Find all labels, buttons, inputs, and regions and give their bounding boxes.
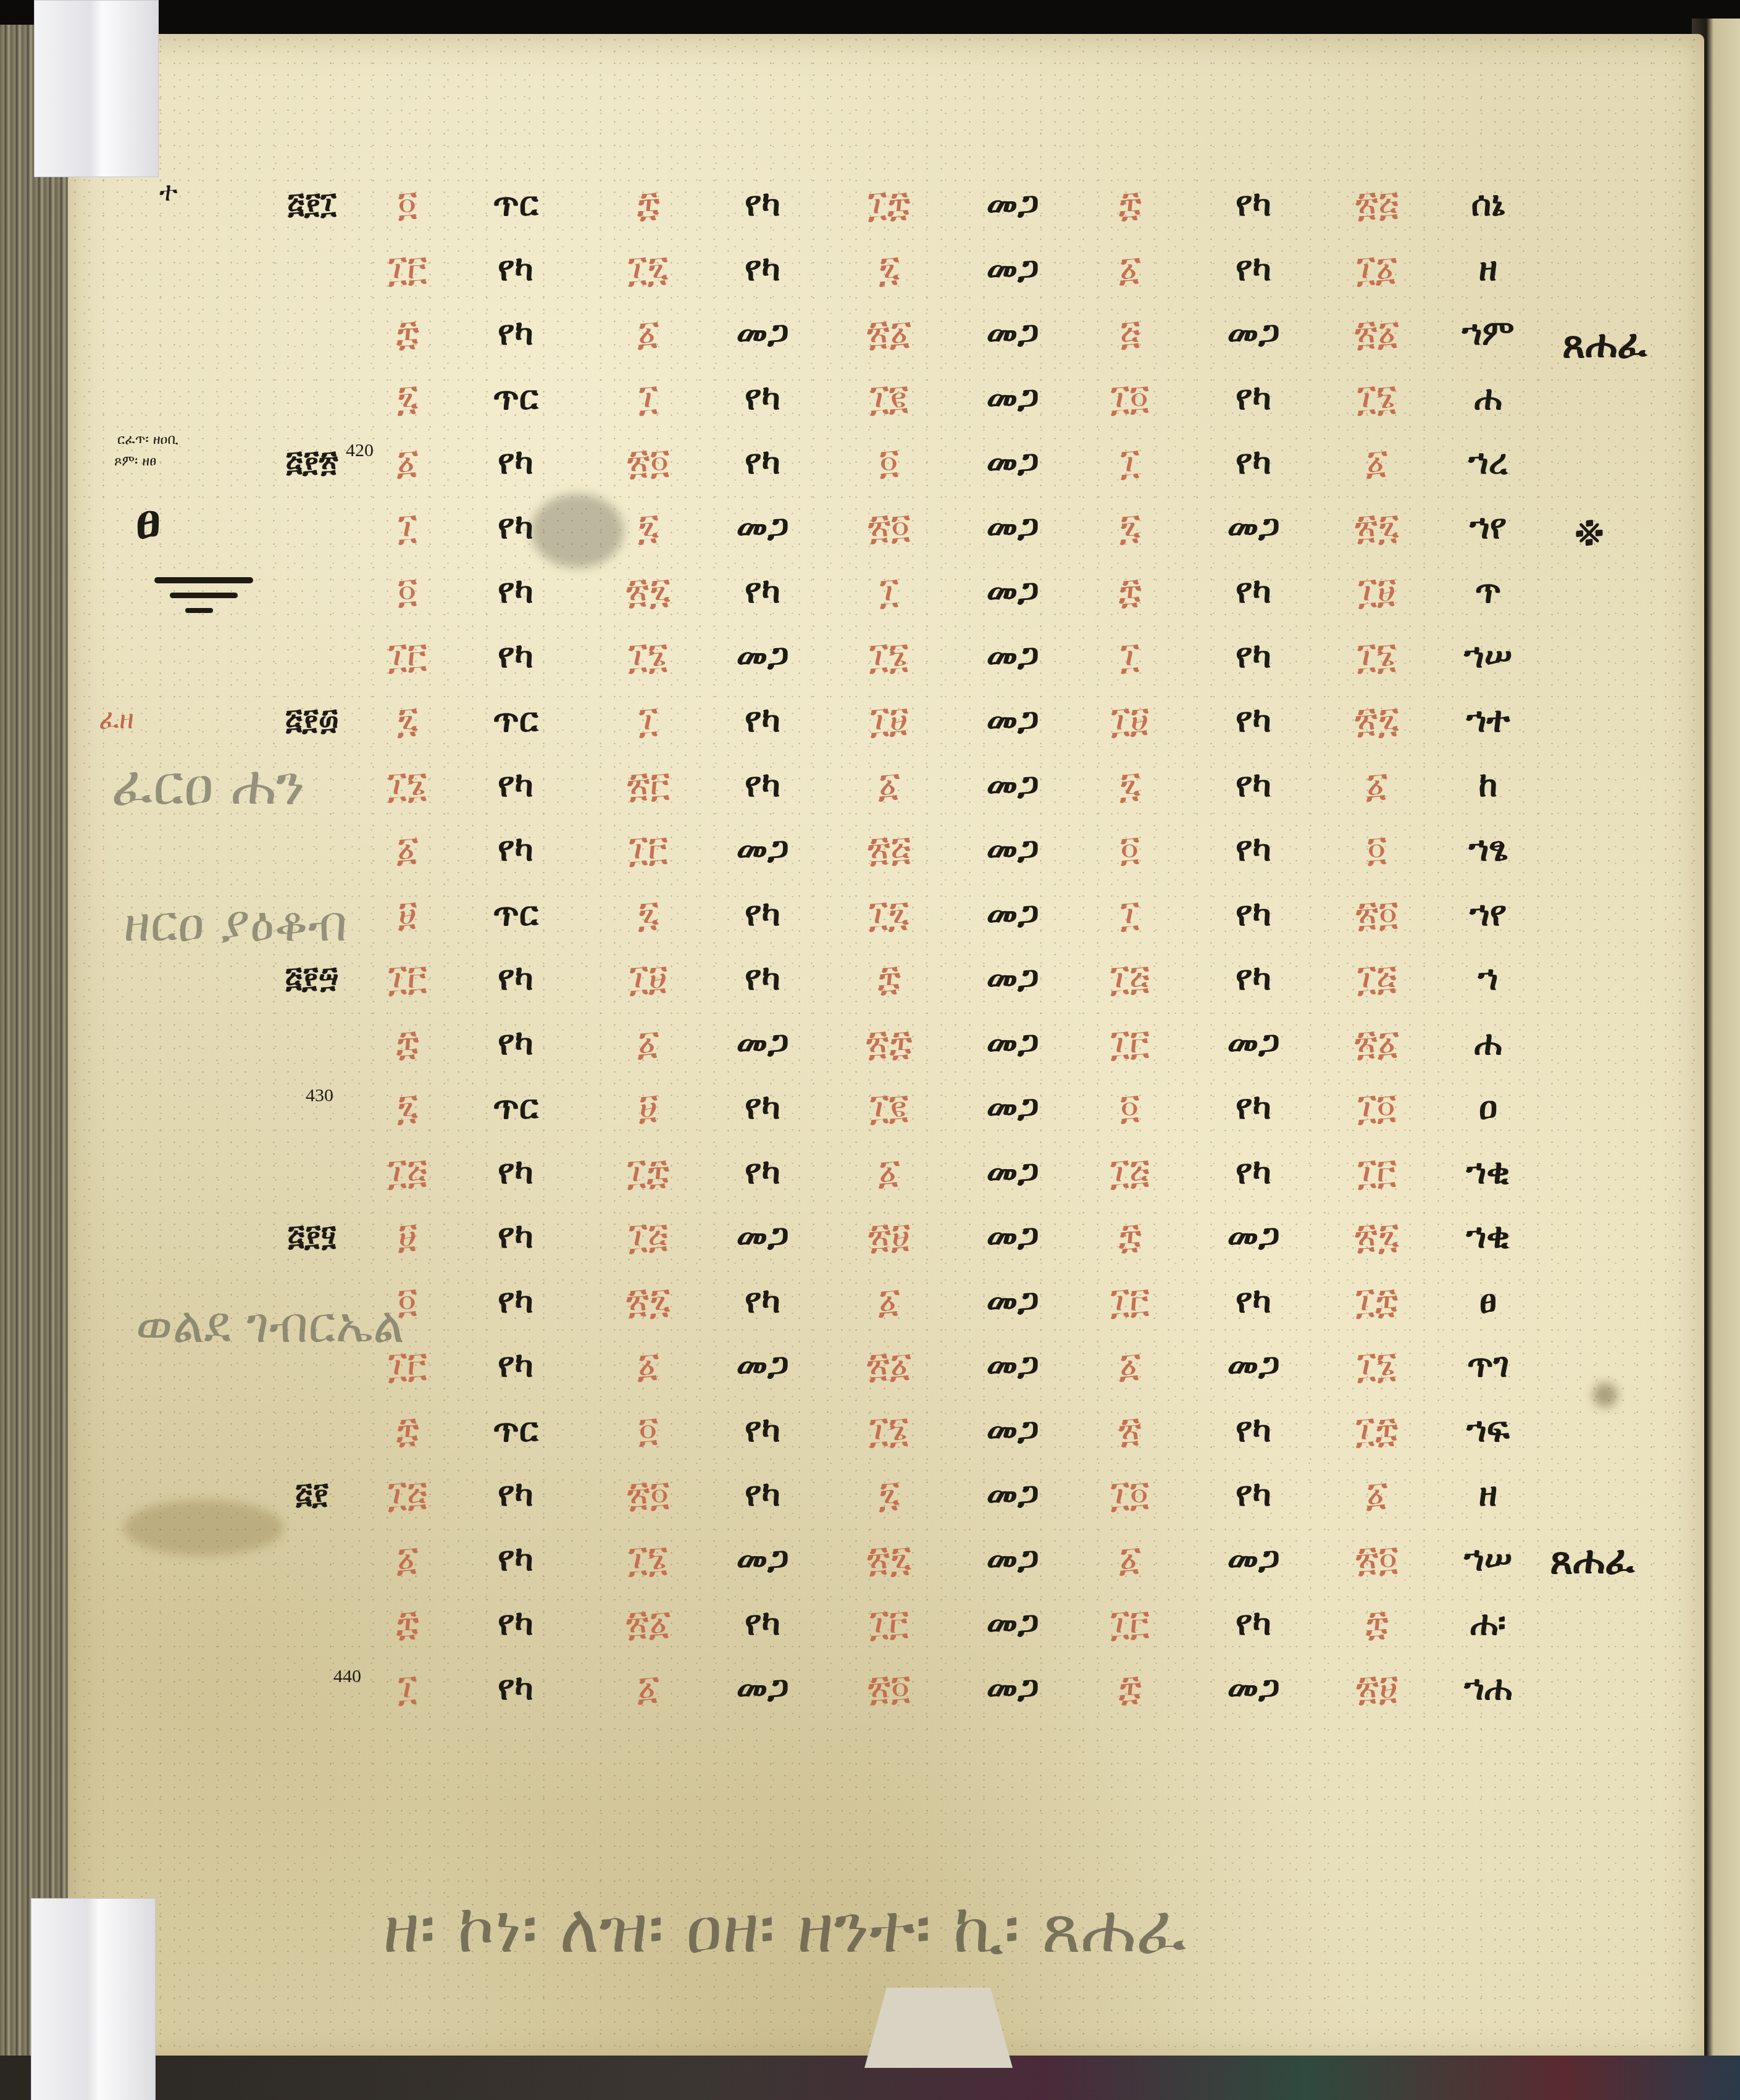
table-cell-month: ጥር [493, 1412, 538, 1447]
table-cell-day-numeral: ፩ [878, 1283, 900, 1319]
table-cell-month: የካ [498, 251, 533, 286]
table-cell-month: መጋ [736, 1541, 788, 1576]
table-cell-month: የካ [1236, 702, 1271, 737]
table-cell-month: የካ [745, 1412, 780, 1447]
table-cell-day-numeral: ፲፰ [1356, 1283, 1399, 1319]
table-cell-day-numeral: ፲፰ [868, 186, 911, 222]
margin-row-marker: ፭፻፲ [287, 189, 337, 219]
table-cell-month: የካ [1236, 1477, 1271, 1511]
table-cell-day-numeral: ፳፯ [1355, 702, 1400, 738]
table-cell-month: መጋ [1227, 1219, 1279, 1253]
table-cell-day-numeral: ፲፬ [1111, 1476, 1150, 1512]
table-cell-month: የካ [1236, 444, 1271, 479]
table-cell-month: የካ [498, 767, 533, 802]
table-cell-day-numeral: ፬ [879, 444, 899, 480]
table-cell-month: የካ [498, 1283, 533, 1318]
table-cell-month: የካ [498, 1219, 533, 1253]
table-cell-month: ከ [1479, 767, 1498, 802]
table-cell-day-numeral: ፲፭ [388, 1154, 427, 1190]
table-cell-month: የካ [1236, 1283, 1271, 1318]
table-cell-day-numeral: ፳፱ [868, 1218, 910, 1254]
table-cell-day-numeral: ፲ [639, 702, 658, 738]
table-cell-month: መጋ [986, 1219, 1039, 1253]
table-cell-month: መጋ [986, 1670, 1039, 1705]
table-cell-day-numeral: ፩ [637, 315, 659, 351]
table-cell-month: መጋ [1227, 1670, 1279, 1705]
table-cell-day-numeral: ፲፫ [1111, 1025, 1150, 1060]
table-cell-month: የካ [498, 315, 533, 350]
table-cell-day-numeral: ፲፫ [388, 1347, 427, 1383]
table-cell-day-numeral: ፲ [1121, 896, 1140, 931]
table-cell-day-numeral: ፬ [398, 186, 417, 222]
table-cell-month: ኀቂ [1466, 1154, 1510, 1189]
table-cell-day-numeral: ፲፮ [1357, 1347, 1397, 1383]
table-cell-month: ሐ [1474, 380, 1502, 415]
table-cell-month: የካ [498, 1477, 533, 1511]
table-cell-day-numeral: ፳፯ [626, 573, 671, 609]
table-cell-month: የካ [1236, 638, 1271, 673]
table-cell-day-numeral: ፰ [396, 315, 419, 351]
table-cell-day-numeral: ፯ [396, 702, 418, 738]
table-cell-day-numeral: ፳፬ [1355, 896, 1399, 931]
table-cell-month: የካ [745, 186, 780, 221]
table-cell-day-numeral: ፲፮ [869, 638, 910, 673]
table-cell-day-numeral: ፰ [1118, 573, 1142, 609]
table-cell-month: የካ [498, 1670, 533, 1705]
table-cell-month: መጋ [986, 509, 1039, 544]
table-cell-day-numeral: ፲፮ [388, 767, 428, 802]
table-cell-day-numeral: ፲፭ [388, 1476, 427, 1512]
table-cell-month: መጋ [736, 1348, 788, 1382]
table-cell-day-numeral: ፳፯ [1355, 509, 1400, 544]
table-cell-day-numeral: ፲፫ [870, 1605, 909, 1641]
table-cell-month: መጋ [986, 767, 1039, 802]
table-cell-day-numeral: ፲፪ [870, 1089, 909, 1125]
table-cell-month: የካ [1236, 1606, 1271, 1640]
table-cell-month: ኀፍ [1466, 1412, 1510, 1447]
table-cell-month: የካ [498, 444, 533, 479]
table-cell-month: መጋ [986, 444, 1039, 479]
table-cell-month: መጋ [986, 1412, 1039, 1447]
table-cell-day-numeral: ፳፬ [1355, 1541, 1399, 1577]
table-cell-month: የካ [745, 380, 780, 415]
table-cell-day-numeral: ፰ [1118, 1670, 1142, 1706]
table-cell-day-numeral: ፬ [1367, 831, 1387, 867]
table-cell-day-numeral: ፳፩ [1354, 315, 1399, 351]
table-cell-day-numeral: ፲ [398, 1670, 417, 1706]
table-cell-month: ፀ [1479, 1283, 1497, 1318]
table-cell-day-numeral: ፲፰ [1356, 1412, 1399, 1448]
table-cell-day-numeral: ፯ [878, 1476, 900, 1512]
table-cell-day-numeral: ፳፭ [1355, 186, 1399, 222]
table-cell-day-numeral: ፯ [1119, 767, 1140, 802]
table-cell-month: ኀየ [1470, 896, 1507, 931]
table-cell-day-numeral: ፳፩ [625, 1605, 671, 1641]
table-cell-day-numeral: ፲፪ [870, 380, 909, 415]
table-cell-day-numeral: ፳፩ [866, 315, 911, 351]
margin-arabic-number: 420 [346, 440, 374, 461]
table-cell-month: የካ [498, 638, 533, 673]
table-cell-day-numeral: ፳፭ [868, 831, 911, 867]
table-cell-month: መጋ [736, 638, 788, 673]
table-cell-day-numeral: ፲፱ [629, 960, 667, 996]
table-cell-day-numeral: ፲፱ [870, 702, 908, 738]
table-cell-day-numeral: ፲፯ [628, 251, 669, 286]
margin-row-marker: ፭፻፳ [285, 447, 338, 477]
table-cell-month: መጋ [986, 638, 1039, 673]
table-cell-month: መጋ [986, 1606, 1039, 1640]
table-cell-month: የካ [745, 1154, 780, 1189]
table-cell-day-numeral: ፬ [398, 1283, 417, 1319]
table-cell-month: መጋ [986, 702, 1039, 737]
table-cell-month: ሐ [1474, 1025, 1502, 1060]
table-cell-month: የካ [498, 831, 533, 866]
table-cell-month: ሰኔ [1471, 186, 1505, 221]
table-cell-month: ጥር [493, 896, 538, 931]
table-cell-day-numeral: ፲ [1121, 638, 1140, 673]
table-cell-month: የካ [745, 573, 780, 608]
table-cell-month: ዐ [1479, 1090, 1497, 1124]
table-cell-month: መጋ [1227, 1541, 1279, 1576]
table-cell-month: መጋ [986, 380, 1039, 415]
table-cell-day-numeral: ፲፮ [629, 1541, 669, 1577]
table-cell-day-numeral: ፯ [396, 1089, 418, 1125]
table-cell-day-numeral: ፲፫ [1111, 1605, 1150, 1641]
table-cell-month: ኀሐ [1464, 1670, 1512, 1705]
table-cell-day-numeral: ፲፮ [629, 638, 669, 673]
table-cell-day-numeral: ፱ [398, 896, 417, 931]
table-cell-day-numeral: ፩ [1366, 444, 1388, 480]
table-cell-month: የካ [745, 1606, 780, 1640]
table-cell-day-numeral: ፲፱ [1111, 702, 1149, 738]
table-cell-day-numeral: ፲፰ [627, 1154, 670, 1190]
table-cell-month: መጋ [986, 1090, 1039, 1124]
table-cell-day-numeral: ፲፫ [629, 831, 668, 867]
table-cell-month: የካ [498, 1606, 533, 1640]
table-cell-day-numeral: ፲ [398, 509, 417, 544]
table-cell-month: የካ [498, 1541, 533, 1576]
table-cell-month: የካ [745, 251, 780, 286]
table-cell-month: ዘ [1479, 1477, 1497, 1511]
table-cell-month: መጋ [1227, 1348, 1279, 1382]
table-cell-day-numeral: ፳፯ [1355, 1218, 1400, 1254]
table-cell-month: ጥገ [1467, 1348, 1509, 1382]
table-cell-month: መጋ [736, 831, 788, 866]
table-cell-day-numeral: ፳ [1118, 1412, 1141, 1448]
table-cell-day-numeral: ፲፫ [388, 251, 427, 286]
table-cell-month: የካ [1236, 573, 1271, 608]
table-cell-day-numeral: ፲፭ [629, 1218, 668, 1254]
table-cell-day-numeral: ፯ [637, 896, 659, 931]
table-cell-month: የካ [498, 509, 533, 544]
table-cell-month: የካ [1236, 186, 1271, 221]
table-cell-day-numeral: ፰ [396, 1412, 419, 1448]
table-cell-month: መጋ [986, 573, 1039, 608]
table-cell-month: የካ [745, 1090, 780, 1124]
table-cell-month: መጋ [986, 186, 1039, 221]
table-cell-month: ኀተ [1466, 702, 1510, 737]
margin-row-marker: ፭፻ [295, 1479, 328, 1509]
table-cell-day-numeral: ፬ [638, 1412, 658, 1448]
table-cell-day-numeral: ፰ [396, 1605, 419, 1641]
table-cell-month: መጋ [986, 1283, 1039, 1318]
table-cell-day-numeral: ፰ [637, 186, 660, 222]
table-cell-month: መጋ [986, 1348, 1039, 1382]
table-cell-month: የካ [745, 960, 780, 995]
margin-arabic-number: 440 [333, 1666, 361, 1687]
table-cell-day-numeral: ፰ [1118, 186, 1142, 222]
table-cell-month: የካ [1236, 767, 1271, 802]
table-cell-day-numeral: ፯ [1119, 509, 1140, 544]
margin-arabic-number: 430 [306, 1085, 333, 1106]
table-cell-day-numeral: ፩ [396, 831, 419, 867]
table-cell-day-numeral: ፩ [396, 444, 419, 480]
table-cell-day-numeral: ፩ [396, 1541, 419, 1577]
table-cell-month: መጋ [986, 831, 1039, 866]
table-cell-month: የካ [498, 1025, 533, 1060]
table-cell-day-numeral: ፳፬ [627, 444, 670, 480]
table-cell-day-numeral: ፲፫ [388, 960, 427, 996]
table-cell-day-numeral: ፳፬ [868, 1670, 911, 1706]
table-cell-day-numeral: ፲፱ [1358, 573, 1396, 609]
table-cell-month: የካ [498, 573, 533, 608]
table-cell-day-numeral: ፩ [637, 1347, 659, 1383]
table-cell-month: ሐ፡ [1470, 1606, 1506, 1640]
table-cell-day-numeral: ፲፭ [1110, 1154, 1150, 1190]
table-cell-day-numeral: ፳፰ [866, 1025, 912, 1060]
table-cell-month: የካ [745, 1283, 780, 1318]
table-cell-month: መጋ [986, 315, 1039, 350]
table-cell-month: ጥር [493, 380, 538, 415]
table-cell-month: መጋ [986, 896, 1039, 931]
table-cell-day-numeral: ፩ [1119, 1347, 1141, 1383]
table-cell-month: መጋ [1227, 315, 1279, 350]
table-cell-day-numeral: ፰ [396, 1025, 419, 1060]
table-cell-day-numeral: ፳፩ [866, 1347, 911, 1383]
table-cell-month: የካ [745, 1477, 780, 1511]
table-cell-day-numeral: ፳፯ [626, 1283, 671, 1319]
table-cell-month: መጋ [986, 1477, 1039, 1511]
table-cell-month: የካ [745, 444, 780, 479]
table-cell-day-numeral: ፳፬ [868, 509, 911, 544]
table-cell-month: የካ [1236, 1154, 1271, 1189]
table-cell-month: ኀረ [1468, 444, 1508, 479]
table-cell-day-numeral: ፲፯ [869, 896, 910, 931]
table-cell-day-numeral: ፩ [637, 1025, 659, 1060]
table-cell-month: ኀ [1478, 960, 1499, 995]
table-cell-day-numeral: ፰ [1365, 1605, 1389, 1641]
table-cell-day-numeral: ፲፭ [1357, 960, 1397, 996]
table-cell-month: የካ [1236, 831, 1271, 866]
table-cell-month: የካ [1236, 251, 1271, 286]
table-cell-day-numeral: ፩ [1119, 251, 1141, 286]
table-cell-day-numeral: ፲፭ [1110, 960, 1150, 996]
table-cell-day-numeral: ፲ [880, 573, 899, 609]
table-cell-month: መጋ [736, 1025, 788, 1060]
table-cell-day-numeral: ፩ [1119, 1541, 1141, 1577]
table-cell-month: ኀሠ [1464, 1541, 1512, 1576]
table-cell-month: ኀቂ [1466, 1219, 1510, 1253]
table-cell-day-numeral: ፲፬ [1358, 1089, 1397, 1125]
table-cell-day-numeral: ፩ [1366, 767, 1388, 802]
table-cell-day-numeral: ፲፮ [1357, 380, 1397, 415]
table-cell-day-numeral: ፲፬ [1111, 380, 1150, 415]
table-cell-day-numeral: ፬ [1120, 1089, 1140, 1125]
table-cell-day-numeral: ፯ [396, 380, 418, 415]
table-cell-month: የካ [1236, 380, 1271, 415]
table-cell-day-numeral: ፯ [878, 251, 900, 286]
table-cell-month: መጋ [736, 1670, 788, 1705]
table-cell-month: የካ [498, 1154, 533, 1189]
table-cell-day-numeral: ፭ [1119, 315, 1140, 351]
table-cell-day-numeral: ፩ [878, 767, 900, 802]
table-cell-day-numeral: ፲፩ [1357, 251, 1398, 286]
table-cell-month: የካ [1236, 1090, 1271, 1124]
table-cell-month: የካ [1236, 896, 1271, 931]
table-cell-day-numeral: ፬ [1120, 831, 1140, 867]
table-cell-month: የካ [745, 767, 780, 802]
table-cell-day-numeral: ፲ [639, 380, 658, 415]
table-cell-month: የካ [498, 960, 533, 995]
margin-row-marker: ፭፻፶ [288, 1221, 337, 1251]
table-cell-month: መጋ [1227, 509, 1279, 544]
table-cell-day-numeral: ፩ [878, 1154, 900, 1190]
margin-row-marker: ፭፻፴ [285, 705, 339, 735]
table-cell-month: የካ [745, 896, 780, 931]
table-cell-day-numeral: ፩ [1366, 1476, 1388, 1512]
table-cell-month: ዘ [1479, 251, 1497, 286]
table-cell-month: ኀየ [1470, 509, 1507, 544]
table-cell-day-numeral: ፬ [398, 573, 417, 609]
table-cell-day-numeral: ፯ [637, 509, 659, 544]
table-cell-day-numeral: ፲፮ [869, 1412, 910, 1448]
table-cell-day-numeral: ፩ [637, 1670, 659, 1706]
table-cell-month: የካ [1236, 1412, 1271, 1447]
table-cell-day-numeral: ፰ [877, 960, 901, 996]
table-cell-day-numeral: ፳፱ [1356, 1670, 1398, 1706]
table-cell-month: መጋ [986, 1025, 1039, 1060]
table-cell-month: ጥር [493, 186, 538, 221]
computus-table: ፬ጥር፰የካ፲፰መጋ፰የካ፳፭ሰኔ፲፫የካ፲፯የካ፯መጋ፩የካ፲፩ዘ፰የካ፩መጋ… [0, 0, 1740, 2100]
table-cell-month: የካ [498, 1348, 533, 1382]
table-cell-month: መጋ [736, 1219, 788, 1253]
table-cell-month: ጥ [1475, 573, 1502, 608]
table-cell-month: መጋ [986, 1541, 1039, 1576]
table-cell-month: ኀፄ [1468, 831, 1507, 866]
table-cell-day-numeral: ፳፬ [627, 1476, 670, 1512]
margin-row-marker: ፭፻፵ [285, 963, 338, 993]
table-cell-day-numeral: ፲፫ [1358, 1154, 1397, 1190]
table-cell-month: መጋ [986, 960, 1039, 995]
table-cell-day-numeral: ፱ [639, 1089, 658, 1125]
table-cell-day-numeral: ፲፫ [1111, 1283, 1150, 1319]
table-cell-month: መጋ [736, 315, 788, 350]
table-cell-day-numeral: ፲፮ [1357, 638, 1397, 673]
table-cell-month: የካ [1236, 960, 1271, 995]
table-cell-day-numeral: ፳፩ [1354, 1025, 1399, 1060]
table-cell-month: ጥር [493, 702, 538, 737]
table-cell-day-numeral: ፰ [1118, 1218, 1142, 1254]
table-cell-day-numeral: ፲፫ [388, 638, 427, 673]
table-cell-month: መጋ [736, 509, 788, 544]
table-cell-month: መጋ [986, 251, 1039, 286]
table-cell-day-numeral: ፱ [398, 1218, 417, 1254]
table-cell-day-numeral: ፲ [1121, 444, 1140, 480]
table-cell-month: የካ [745, 702, 780, 737]
table-cell-month: መጋ [1227, 1025, 1279, 1060]
table-cell-day-numeral: ፳፯ [867, 1541, 912, 1577]
table-cell-day-numeral: ፳፫ [627, 767, 670, 802]
table-cell-month: ኀሠ [1464, 638, 1512, 673]
table-cell-month: ጥር [493, 1090, 538, 1124]
table-cell-month: ኀም [1462, 315, 1514, 350]
table-cell-month: መጋ [986, 1154, 1039, 1189]
